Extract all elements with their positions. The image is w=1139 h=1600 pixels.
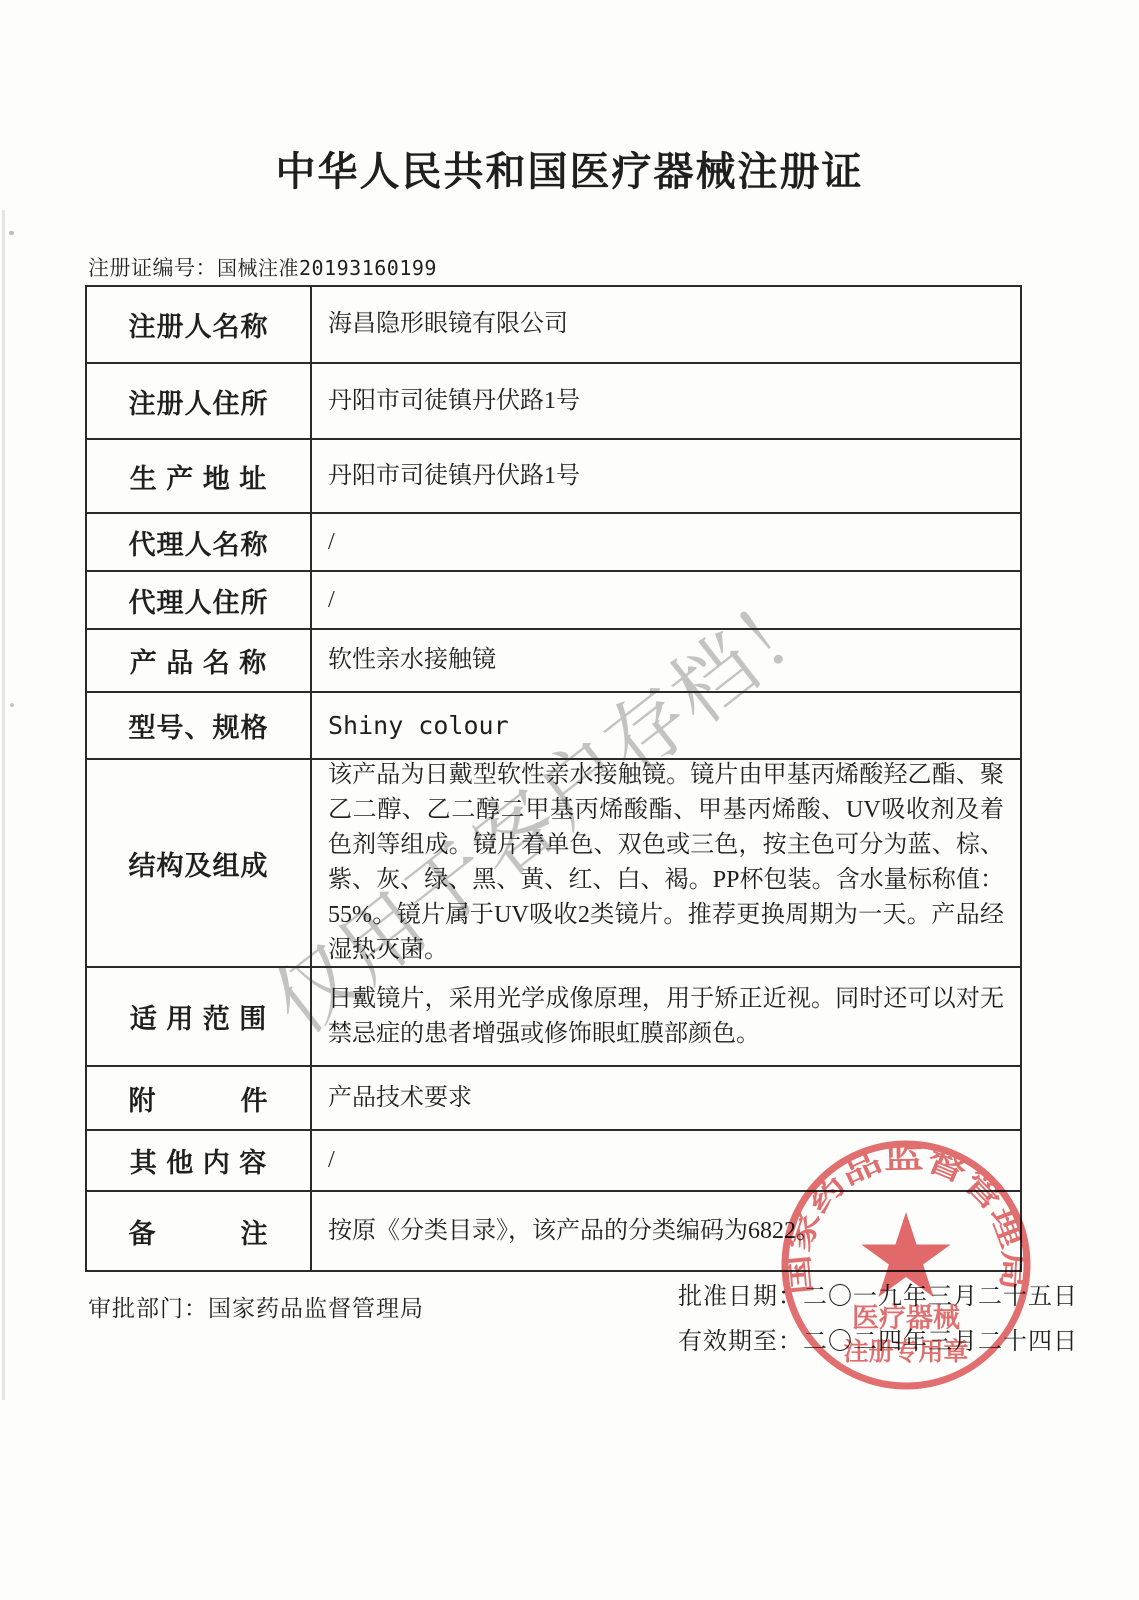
row-label: 生 产 地 址 — [87, 440, 312, 512]
row-value: / — [312, 514, 1020, 570]
table-row: 备 注按原《分类目录》，该产品的分类编码为6822。 — [87, 1192, 1020, 1270]
row-label: 代理人名称 — [87, 514, 312, 570]
certificate-page: 中华人民共和国医疗器械注册证 注册证编号：国械注准20193160199 仅用于… — [0, 0, 1139, 1600]
scan-speck — [9, 231, 14, 235]
row-value: 产品技术要求 — [312, 1067, 1020, 1129]
row-value: 丹阳市司徒镇丹伏路1号 — [312, 440, 1020, 512]
table-row: 代理人住所/ — [87, 572, 1020, 630]
row-label: 其 他 内 容 — [87, 1131, 312, 1190]
certificate-table: 注册人名称海昌隐形眼镜有限公司注册人住所丹阳市司徒镇丹伏路1号生 产 地 址丹阳… — [85, 285, 1022, 1272]
approval-date: 批准日期：二〇一九年三月二十五日 — [678, 1276, 1078, 1311]
registration-number-line: 注册证编号：国械注准20193160199 — [88, 252, 437, 282]
table-row: 生 产 地 址丹阳市司徒镇丹伏路1号 — [87, 440, 1020, 514]
table-row: 注册人名称海昌隐形眼镜有限公司 — [87, 287, 1020, 364]
table-row: 结构及组成该产品为日戴型软性亲水接触镜。镜片由甲基丙烯酸羟乙酯、聚乙二醇、乙二醇… — [87, 760, 1020, 968]
row-label: 型号、规格 — [87, 693, 312, 758]
table-row: 型号、规格Shiny colour — [87, 693, 1020, 760]
table-row: 产 品 名 称软性亲水接触镜 — [87, 630, 1020, 693]
row-label: 结构及组成 — [87, 760, 312, 966]
row-value: 日戴镜片，采用光学成像原理，用于矫正近视。同时还可以对无禁忌症的患者增强或修饰眼… — [312, 968, 1020, 1065]
row-label: 产 品 名 称 — [87, 630, 312, 691]
row-label: 适 用 范 围 — [87, 968, 312, 1065]
table-row: 适 用 范 围日戴镜片，采用光学成像原理，用于矫正近视。同时还可以对无禁忌症的患… — [87, 968, 1020, 1067]
row-value: / — [312, 572, 1020, 628]
row-label: 代理人住所 — [87, 572, 312, 628]
registration-number: 国械注准20193160199 — [217, 256, 437, 280]
scan-speck — [10, 703, 14, 707]
row-value: 海昌隐形眼镜有限公司 — [312, 287, 1020, 362]
row-label: 注册人住所 — [87, 364, 312, 438]
table-row: 代理人名称/ — [87, 514, 1020, 572]
valid-until-date: 有效期至：二〇二四年三月二十四日 — [678, 1321, 1078, 1356]
row-value: / — [312, 1131, 1020, 1190]
approval-department: 审批部门：国家药品监督管理局 — [88, 1290, 424, 1323]
table-row: 附 件产品技术要求 — [87, 1067, 1020, 1131]
row-value: 丹阳市司徒镇丹伏路1号 — [312, 364, 1020, 438]
row-value: Shiny colour — [312, 693, 1020, 758]
row-value: 按原《分类目录》，该产品的分类编码为6822。 — [312, 1192, 1020, 1270]
row-label: 备 注 — [87, 1192, 312, 1270]
table-row: 其 他 内 容/ — [87, 1131, 1020, 1192]
scan-edge-artifact — [2, 210, 5, 1400]
row-value: 该产品为日戴型软性亲水接触镜。镜片由甲基丙烯酸羟乙酯、聚乙二醇、乙二醇二甲基丙烯… — [312, 760, 1020, 966]
table-row: 注册人住所丹阳市司徒镇丹伏路1号 — [87, 364, 1020, 440]
row-label: 附 件 — [87, 1067, 312, 1129]
row-label: 注册人名称 — [87, 287, 312, 362]
certificate-title: 中华人民共和国医疗器械注册证 — [0, 140, 1139, 197]
row-value: 软性亲水接触镜 — [312, 630, 1020, 691]
registration-number-label: 注册证编号： — [88, 256, 217, 280]
